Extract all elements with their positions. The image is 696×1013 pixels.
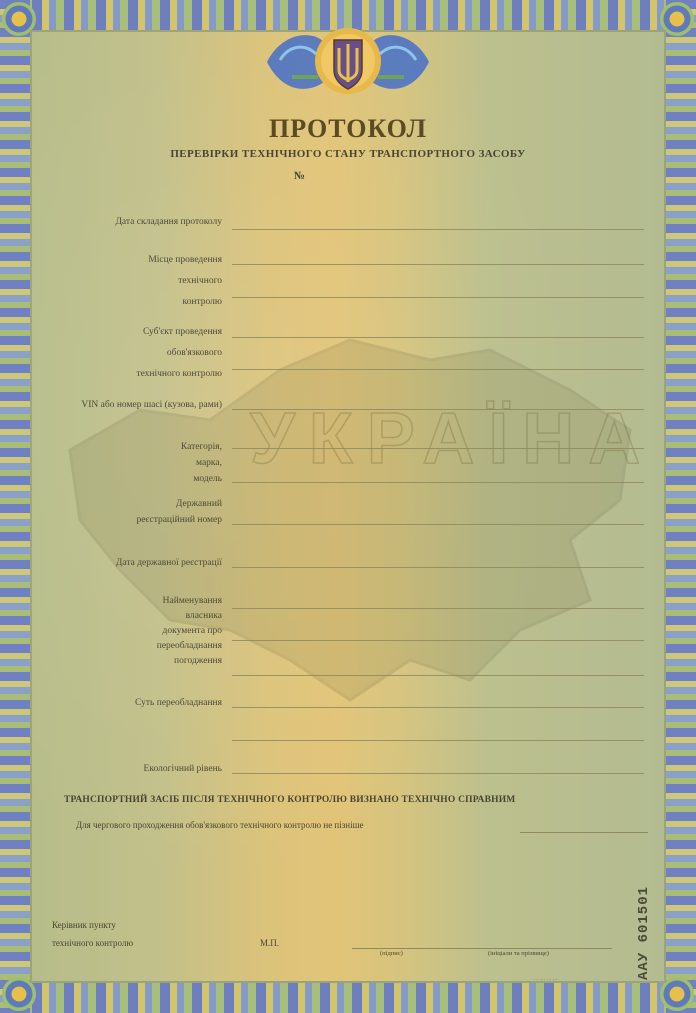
field-label-registration-number: Державний реєстраційний номер [136,496,222,528]
protocol-date-field[interactable] [232,229,644,230]
registration-number-field[interactable] [232,524,644,525]
document-subtitle: ПЕРЕВІРКИ ТЕХНІЧНОГО СТАНУ ТРАНСПОРТНОГО… [0,148,696,160]
document-page: УКРАЇНА ПРОТОКОЛ ПЕРЕВІРКИ ТЕХНІЧНОГО СТ… [0,0,696,1013]
vin-field[interactable] [232,409,644,410]
field-label-protocol-date: Дата складання протоколу [115,212,222,233]
border-bottom [0,983,696,1013]
conversion-essence-field-1[interactable] [232,707,644,708]
conversion-essence-field-2[interactable] [232,740,644,741]
verdict-statement: ТРАНСПОРТНИЙ ЗАСІБ ПІСЛЯ ТЕХНІЧНОГО КОНТ… [64,795,515,805]
signatory-role-line1: Керівник пункту [52,920,116,930]
control-location-field-2[interactable] [232,297,644,298]
document-title: ПРОТОКОЛ [0,114,696,144]
conversion-document-field-2[interactable] [232,640,644,641]
next-check-label: Для чергового проходження обов'язкового … [76,820,364,830]
registration-date-field[interactable] [232,567,644,568]
ecological-level-field[interactable] [232,773,644,774]
next-check-date-field[interactable] [520,832,648,833]
field-label-conversion-essence: Суть переобладнання [135,693,222,714]
watermark-text: УКРАЇНА [250,398,654,480]
field-label-vin: VIN або номер шасі (кузова, рами) [81,395,222,416]
control-entity-field-2[interactable] [232,369,644,370]
field-label-category-make-model: Категорія, марка, модель [181,439,222,487]
signatory-role-line2: технічного контролю [52,938,133,948]
signature-field[interactable] [352,948,612,949]
field-label-control-entity: Суб'єкт проведення обов'язкового технічн… [136,322,222,385]
field-label-registration-date: Дата державної реєстрації [116,553,222,574]
conversion-document-field-1[interactable] [232,608,644,609]
signature-caption: (підпис) [380,950,403,957]
field-label-conversion-document: Найменування власника документа про пере… [157,594,222,669]
printer-note: ··· ··· ··· ··· [534,978,558,983]
stamp-place-label: М.П. [260,938,279,948]
category-make-model-field-1[interactable] [232,448,644,449]
conversion-document-field-3[interactable] [232,675,644,676]
serial-number: ААУ 601501 [636,886,652,980]
control-entity-field-1[interactable] [232,337,644,338]
control-location-field-1[interactable] [232,264,644,265]
coat-of-arms-of-ukraine-icon [262,22,434,100]
protocol-number-label: № [294,170,305,182]
field-label-ecological-level: Екологічний рівень [144,759,222,780]
name-caption: (ініціали та прізвище) [488,950,549,957]
field-label-control-location: Місце проведення технічного контролю [148,250,222,313]
category-make-model-field-2[interactable] [232,482,644,483]
